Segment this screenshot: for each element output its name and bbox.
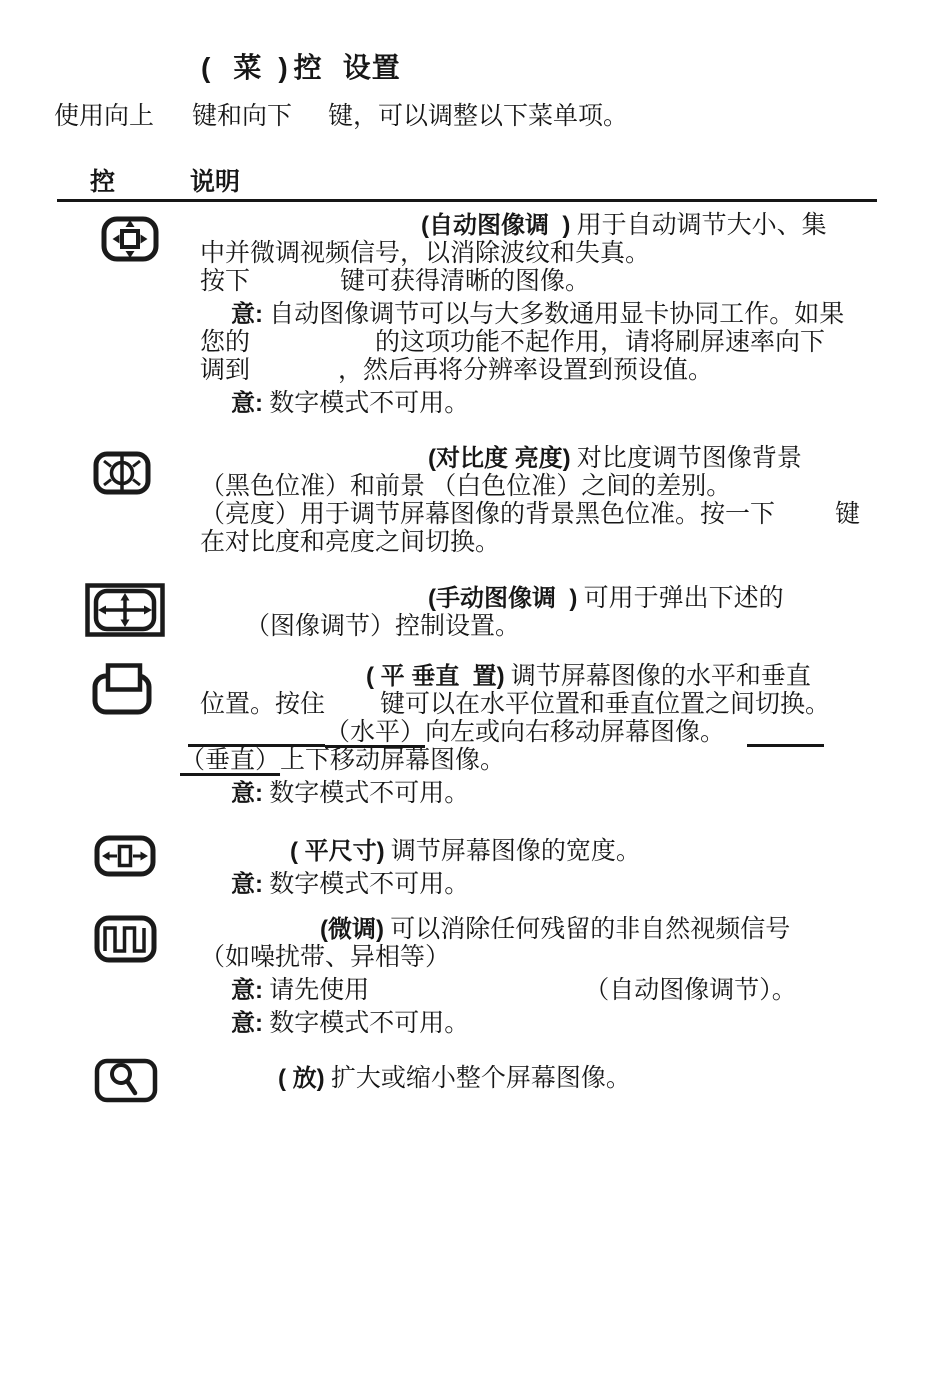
row-description: (微调) 可以消除任何残留的非自然视频信号（如噪扰带、异相等）意: 请先使用（自… (200, 916, 912, 1038)
removed-text-gap (250, 287, 340, 289)
row-description: (对比度 亮度) 对比度调节图像背景（黑色位准）和前景 （白色位准）之间的差别。… (200, 445, 912, 557)
underlined-text-segment: （垂直） (180, 747, 280, 774)
bold-label-segment: 意: (231, 977, 263, 1004)
manual-image-adjust-icon (85, 583, 165, 637)
row-description: ( 平尺寸) 调节屏幕图像的宽度。意: 数字模式不可用。 (200, 838, 912, 899)
bold-label-segment: (手动图像调 ) (428, 585, 577, 612)
removed-text-gap (200, 935, 320, 937)
text-segment: 您的 (200, 329, 250, 356)
table-header-rule (57, 199, 877, 202)
bold-label-segment: ( 平 垂直 置) (366, 663, 505, 690)
removed-text-gap (369, 996, 584, 998)
description-line: 在对比度和亮度之间切换。 (200, 529, 912, 557)
text-segment: 使用向上 (54, 103, 154, 130)
manual-page: (菜)控设置 使用向上键和向下键，可以调整以下菜单项。 控 说明 (自动图像调 … (0, 0, 950, 1388)
description-line: (对比度 亮度) 对比度调节图像背景 (200, 445, 912, 473)
description-line: （黑色位准）和前景 （白色位准）之间的差别。 (200, 473, 912, 501)
text-segment: 的这项功能不起作用，请将刷屏速率向下 (375, 329, 825, 356)
description-line: 意: 数字模式不可用。 (231, 1010, 912, 1038)
description-line: (手动图像调 ) 可用于弹出下述的 (200, 585, 912, 613)
text-segment: 扩大或缩小整个屏幕图像。 (325, 1065, 631, 1092)
text-segment: （自动图像调节）。 (584, 977, 797, 1004)
row-description: ( 放) 扩大或缩小整个屏幕图像。 (200, 1065, 912, 1093)
text-segment: 键可以在水平位置和垂直位置之间切换。 (380, 691, 830, 718)
text-segment: 用于自动调节大小、集 (570, 212, 826, 239)
contrast-brightness-icon (93, 451, 151, 495)
text-segment: 自动图像调节可以与大多数通用显卡协同工作。如果 (263, 301, 844, 328)
underlined-text-segment: （水平） (325, 719, 425, 746)
text-segment: （黑色位准）和前景 （白色位准）之间的差别。 (200, 473, 731, 500)
text-segment: 按下 (200, 268, 250, 295)
description-line: 意: 数字模式不可用。 (231, 780, 912, 808)
description-line: (微调) 可以消除任何残留的非自然视频信号 (200, 916, 912, 944)
removed-text-gap (200, 857, 290, 859)
bold-label-segment: ( 放) (278, 1065, 325, 1092)
horizontal-size-icon (94, 835, 156, 877)
description-line: (自动图像调 ) 用于自动调节大小、集 (200, 212, 912, 240)
bold-label-segment: 意: (231, 871, 263, 898)
text-segment: 调节屏幕图像的水平和垂直 (505, 663, 811, 690)
removed-text-gap (200, 604, 428, 606)
text-segment: 键 (835, 501, 860, 528)
removed-underlined-text-gap (747, 744, 824, 747)
removed-text-gap (211, 75, 233, 77)
text-segment: ) (278, 52, 288, 83)
text-segment: 上下移动屏幕图像。 (280, 747, 505, 774)
description-line: 您的的这项功能不起作用，请将刷屏速率向下 (200, 329, 912, 357)
removed-text-gap (250, 348, 375, 350)
text-segment: 在对比度和亮度之间切换。 (200, 529, 500, 556)
description-line: 按下键可获得清晰的图像。 (200, 268, 912, 296)
text-segment: 对比度调节图像背景 (571, 445, 802, 472)
bold-label-segment: (微调) (320, 916, 384, 943)
fine-tune-icon (94, 915, 157, 963)
text-segment: 菜 (233, 52, 262, 83)
description-line: 调到，然后再将分辨率设置到预设值。 (200, 357, 912, 385)
removed-text-gap (325, 710, 380, 712)
description-line: （亮度）用于调节屏幕图像的背景黑色位准。按一下键 (200, 501, 912, 529)
bold-label-segment: (对比度 亮度) (428, 445, 571, 472)
description-line: 意: 请先使用（自动图像调节）。 (231, 977, 912, 1005)
removed-text-gap (200, 682, 366, 684)
removed-text-gap (250, 376, 338, 378)
description-line: （垂直）上下移动屏幕图像。 (180, 747, 912, 775)
text-segment: 数字模式不可用。 (263, 390, 469, 417)
bold-label-segment: 意: (231, 301, 263, 328)
text-segment: ，然后再将分辨率设置到预设值。 (338, 357, 713, 384)
text-segment: ( (201, 52, 211, 83)
bold-label-segment: 意: (231, 780, 263, 807)
description-line: 中并微调视频信号，以消除波纹和失真。 (200, 240, 912, 268)
text-segment: 控 (294, 52, 323, 83)
text-segment: 中并微调视频信号，以消除波纹和失真。 (200, 240, 650, 267)
removed-text-gap (262, 75, 278, 77)
text-segment: 请先使用 (263, 977, 369, 1004)
page-title: (菜)控设置 (201, 46, 401, 86)
row-description: ( 平 垂直 置) 调节屏幕图像的水平和垂直位置。按住键可以在水平位置和垂直位置… (200, 663, 912, 808)
position-icon (92, 663, 156, 715)
removed-text-gap (775, 520, 835, 522)
text-segment: 向左或向右移动屏幕图像。 (425, 719, 725, 746)
text-segment: （亮度）用于调节屏幕图像的背景黑色位准。按一下 (200, 501, 775, 528)
description-line: （图像调节）控制设置。 (245, 613, 912, 641)
text-segment: 设置 (343, 52, 401, 83)
text-segment: 可以消除任何残留的非自然视频信号 (384, 916, 790, 943)
bold-label-segment: 意: (231, 390, 263, 417)
removed-text-gap (725, 738, 747, 740)
zoom-icon (94, 1058, 158, 1103)
removed-text-gap (154, 122, 192, 124)
bold-label-segment: 意: (231, 1010, 263, 1037)
removed-text-gap (200, 1084, 278, 1086)
description-line: 意: 数字模式不可用。 (231, 871, 912, 899)
description-line: ( 平 垂直 置) 调节屏幕图像的水平和垂直 (200, 663, 912, 691)
bold-label-segment: (自动图像调 ) (421, 212, 570, 239)
description-line: 意: 数字模式不可用。 (231, 390, 912, 418)
text-segment: 键可获得清晰的图像。 (340, 268, 590, 295)
row-description: (自动图像调 ) 用于自动调节大小、集中并微调视频信号，以消除波纹和失真。按下键… (200, 212, 912, 418)
description-line: ( 放) 扩大或缩小整个屏幕图像。 (200, 1065, 912, 1093)
removed-text-gap (200, 464, 428, 466)
description-line: （如噪扰带、异相等） (200, 944, 912, 972)
text-segment: （图像调节）控制设置。 (245, 613, 520, 640)
removed-text-gap (323, 75, 343, 77)
description-line: 意: 自动图像调节可以与大多数通用显卡协同工作。如果 (231, 301, 912, 329)
removed-text-gap (292, 122, 328, 124)
column-header-description: 说明 (190, 162, 240, 198)
removed-text-gap (200, 231, 421, 233)
column-header-control: 控 (90, 162, 115, 198)
text-segment: 调节屏幕图像的宽度。 (385, 838, 641, 865)
description-line: 位置。按住键可以在水平位置和垂直位置之间切换。 (200, 691, 912, 719)
text-segment: 键，可以调整以下菜单项。 (328, 103, 628, 130)
text-segment: 键和向下 (192, 103, 292, 130)
text-segment: 数字模式不可用。 (263, 780, 469, 807)
text-segment: 数字模式不可用。 (263, 871, 469, 898)
bold-label-segment: ( 平尺寸) (290, 838, 385, 865)
text-segment: （如噪扰带、异相等） (200, 944, 450, 971)
intro-text: 使用向上键和向下键，可以调整以下菜单项。 (54, 96, 628, 132)
description-line: （水平）向左或向右移动屏幕图像。 (188, 719, 912, 747)
text-segment: 可用于弹出下述的 (577, 585, 783, 612)
text-segment: 位置。按住 (200, 691, 325, 718)
auto-image-adjust-icon (101, 216, 159, 262)
text-segment: 调到 (200, 357, 250, 384)
row-description: (手动图像调 ) 可用于弹出下述的（图像调节）控制设置。 (200, 585, 912, 641)
text-segment: 数字模式不可用。 (263, 1010, 469, 1037)
description-line: ( 平尺寸) 调节屏幕图像的宽度。 (200, 838, 912, 866)
